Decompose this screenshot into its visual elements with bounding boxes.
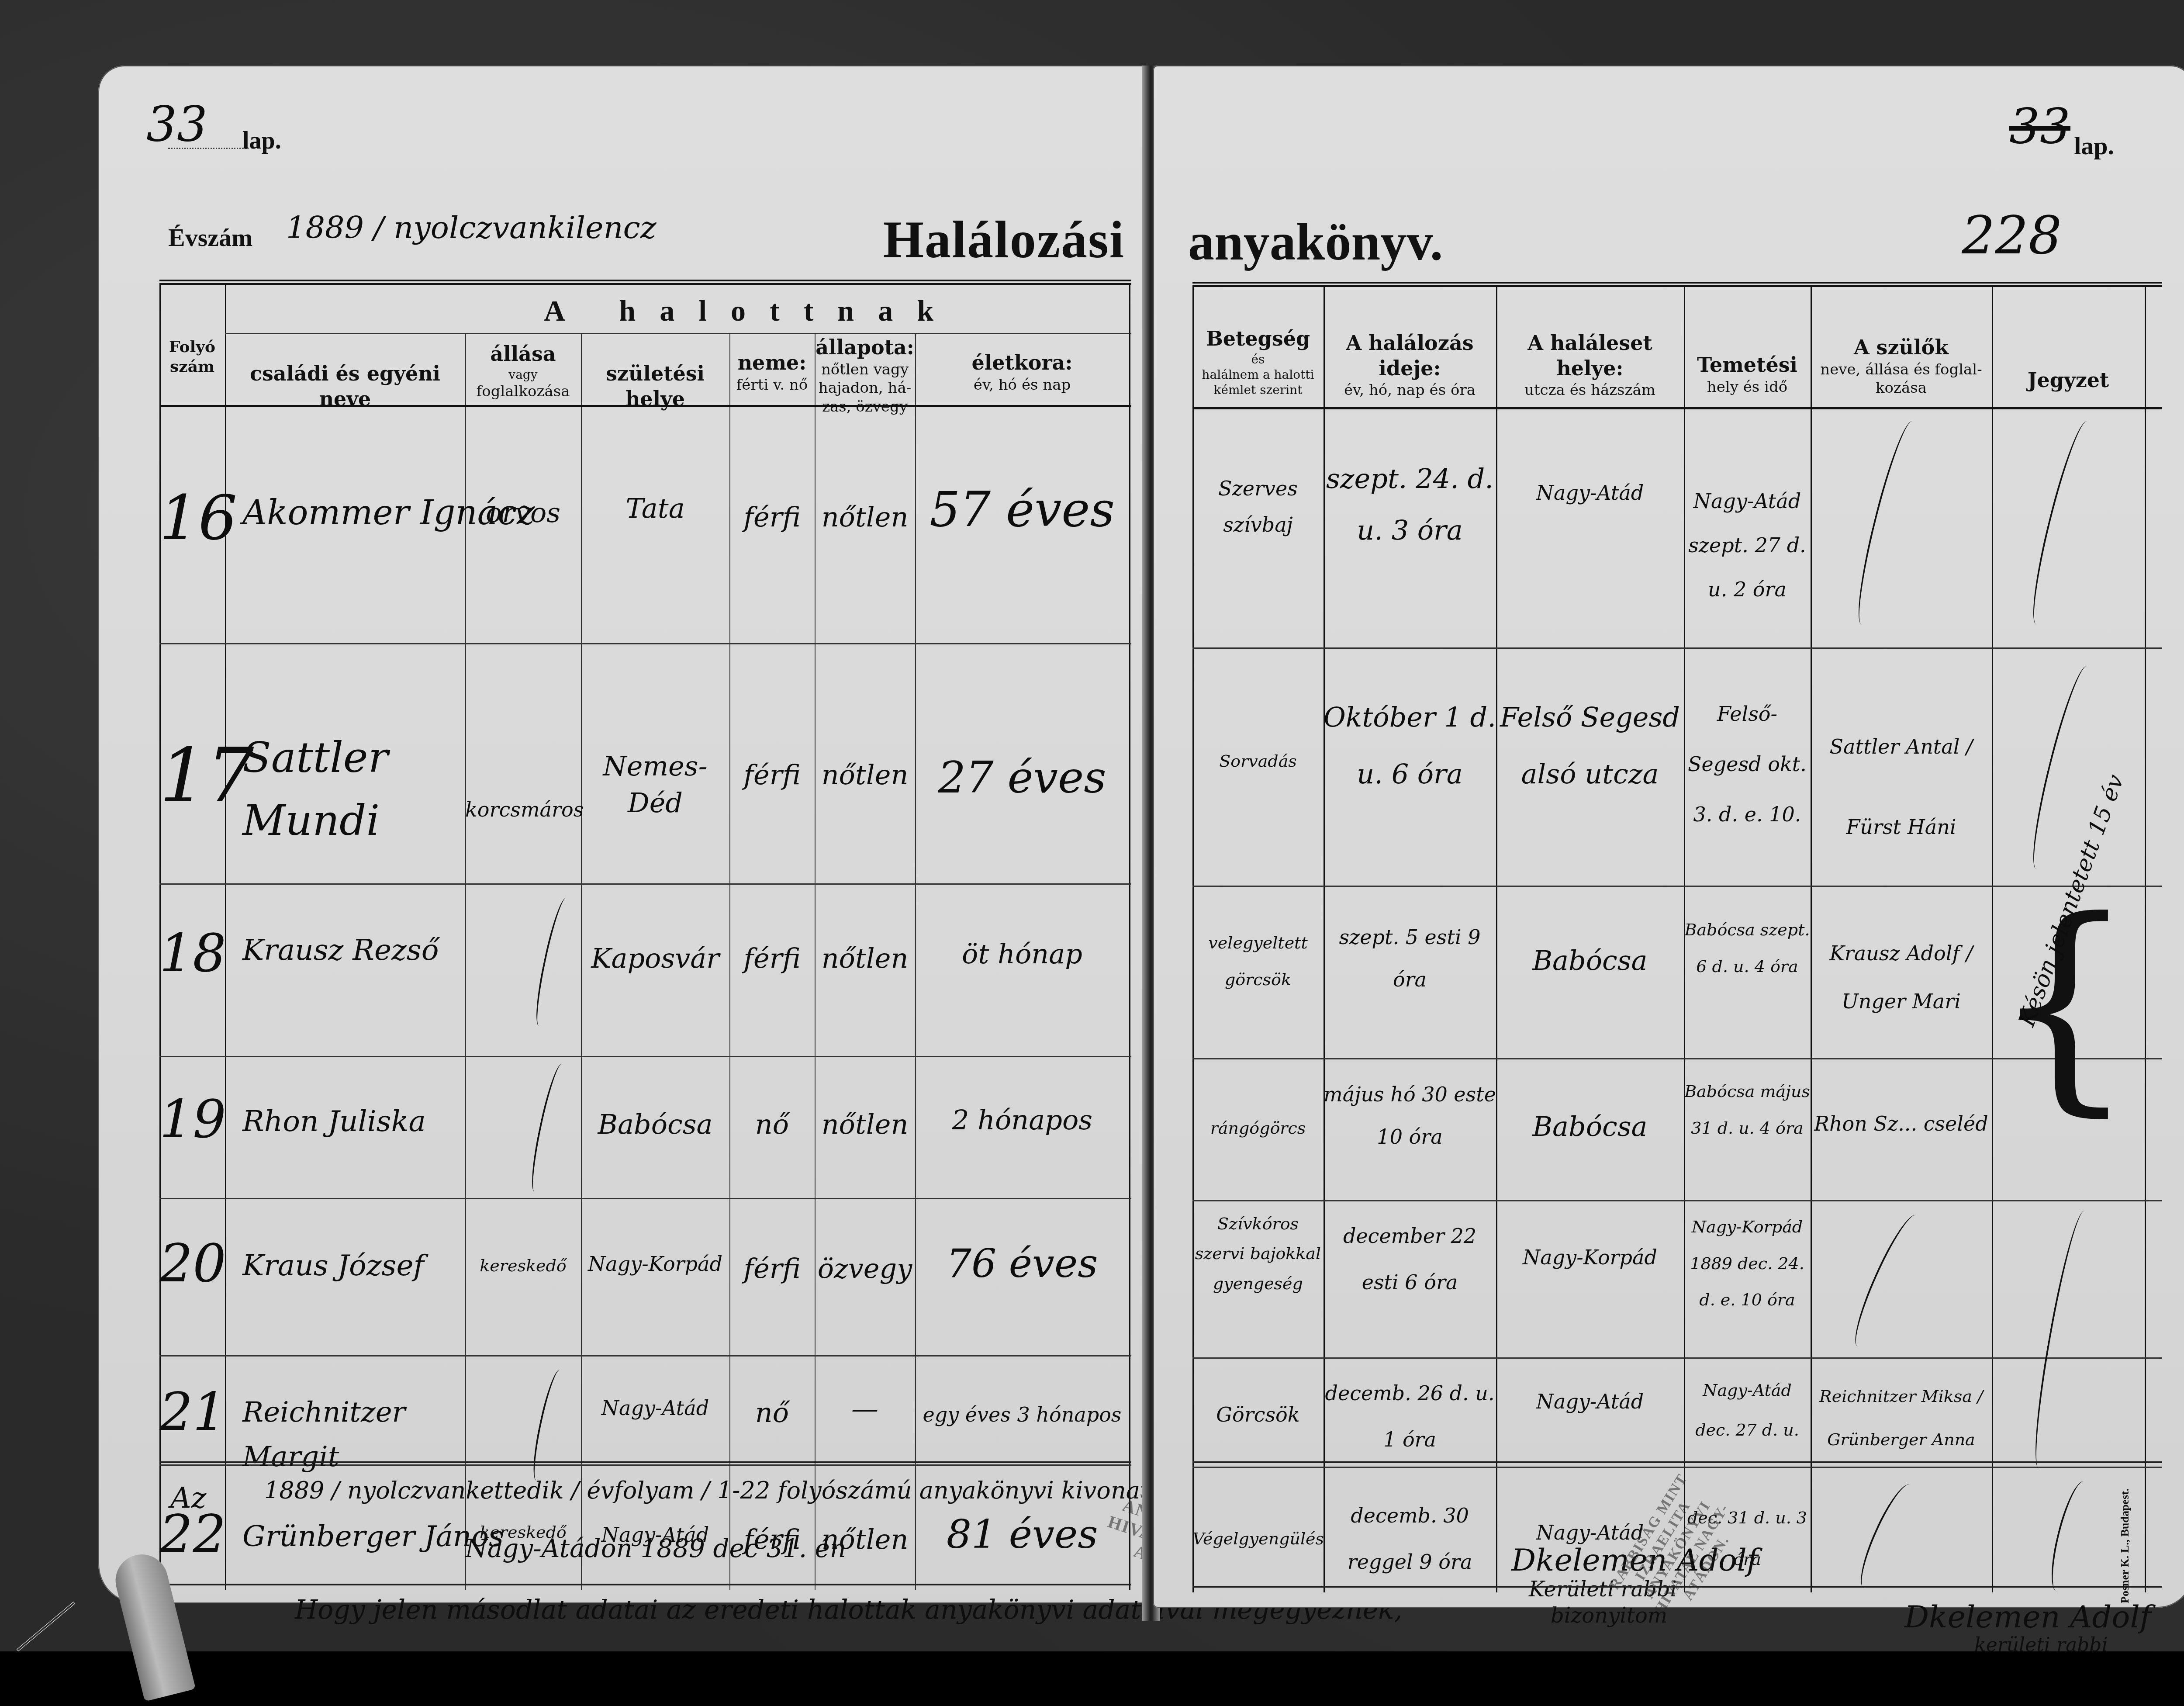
empty-cell-stroke (2026, 1208, 2097, 1471)
register-title-right: anyakönyv. (1188, 212, 1443, 272)
archive-page-number: 228 (1962, 205, 2062, 266)
scan-bottom-border (0, 1651, 2184, 1706)
left-register-table: A halottnak Folyó szám családi és egyéni… (159, 280, 1131, 1590)
closing-line-2: Nagy-Atádon 1889 dec 31. én (465, 1533, 846, 1563)
col-head-death-place: A haláleset helye: utcza és házszám (1496, 331, 1684, 400)
ditto-stroke (530, 896, 574, 1028)
right-page: anyakönyv. 33 lap. 228 Betegség és halál… (1153, 66, 2184, 1608)
col-head-marital: állapota: nőtlen vagy hajadon, há-zas, ö… (815, 335, 915, 416)
empty-cell-stroke (2024, 418, 2100, 628)
ditto-stroke (526, 1062, 570, 1194)
right-page-number-struck: 33 (2009, 98, 2070, 154)
empty-cell-stroke (2044, 1478, 2097, 1595)
page-number-rule (168, 148, 247, 149)
col-head-sex: neme: férti v. nő (729, 350, 815, 394)
right-register-table: Betegség és halálnem a halotti kémlet sz… (1192, 282, 2162, 1592)
col-head-birthplace: születési helye (581, 361, 729, 412)
col-head-burial: Temetési hely és idő (1684, 353, 1811, 396)
col-head-age: életkora: év, hó és nap (915, 350, 1129, 394)
left-page-label: lap. (242, 127, 281, 155)
printer-mark: Posner K. L., Budapest. (2118, 1488, 2132, 1603)
right-page-label: lap. (2074, 131, 2114, 160)
closing-mark: Az (170, 1481, 206, 1515)
year-label: Évszám (168, 223, 252, 252)
rabbi-signature-2: Dkelemen Adolf (1904, 1599, 2151, 1635)
empty-cell-stroke (1845, 1210, 1928, 1352)
register-title-left: Halálozási (883, 210, 1125, 270)
col-head-disease: Betegség és halálnem a halotti kémlet sz… (1192, 326, 1324, 398)
empty-cell-stroke (1852, 1479, 1922, 1594)
rabbi-title-2: kerületi rabbi (1974, 1634, 2108, 1656)
col-head-notes: Jegyzet (1992, 368, 2145, 393)
year-value: 1889 / nyolczvankilencz (286, 210, 657, 246)
left-page-number: 33 (146, 96, 207, 152)
col-head-name: családi és egyéni neve (225, 361, 465, 412)
empty-cell-stroke (1849, 418, 1925, 628)
col-head-folyo-szam: Folyó szám (159, 337, 225, 377)
left-page: 33 lap. Évszám 1889 / nyolczvankilencz H… (98, 66, 1151, 1603)
group-header-deceased: A halottnak (544, 294, 957, 328)
col-head-death-time: A halálozás ideje: év, hó, nap és óra (1324, 331, 1496, 400)
col-head-parents: A szülők neve, állása és foglal-kozása (1811, 335, 1992, 398)
col-head-occupation: állása vagy foglalkozása (465, 342, 581, 401)
